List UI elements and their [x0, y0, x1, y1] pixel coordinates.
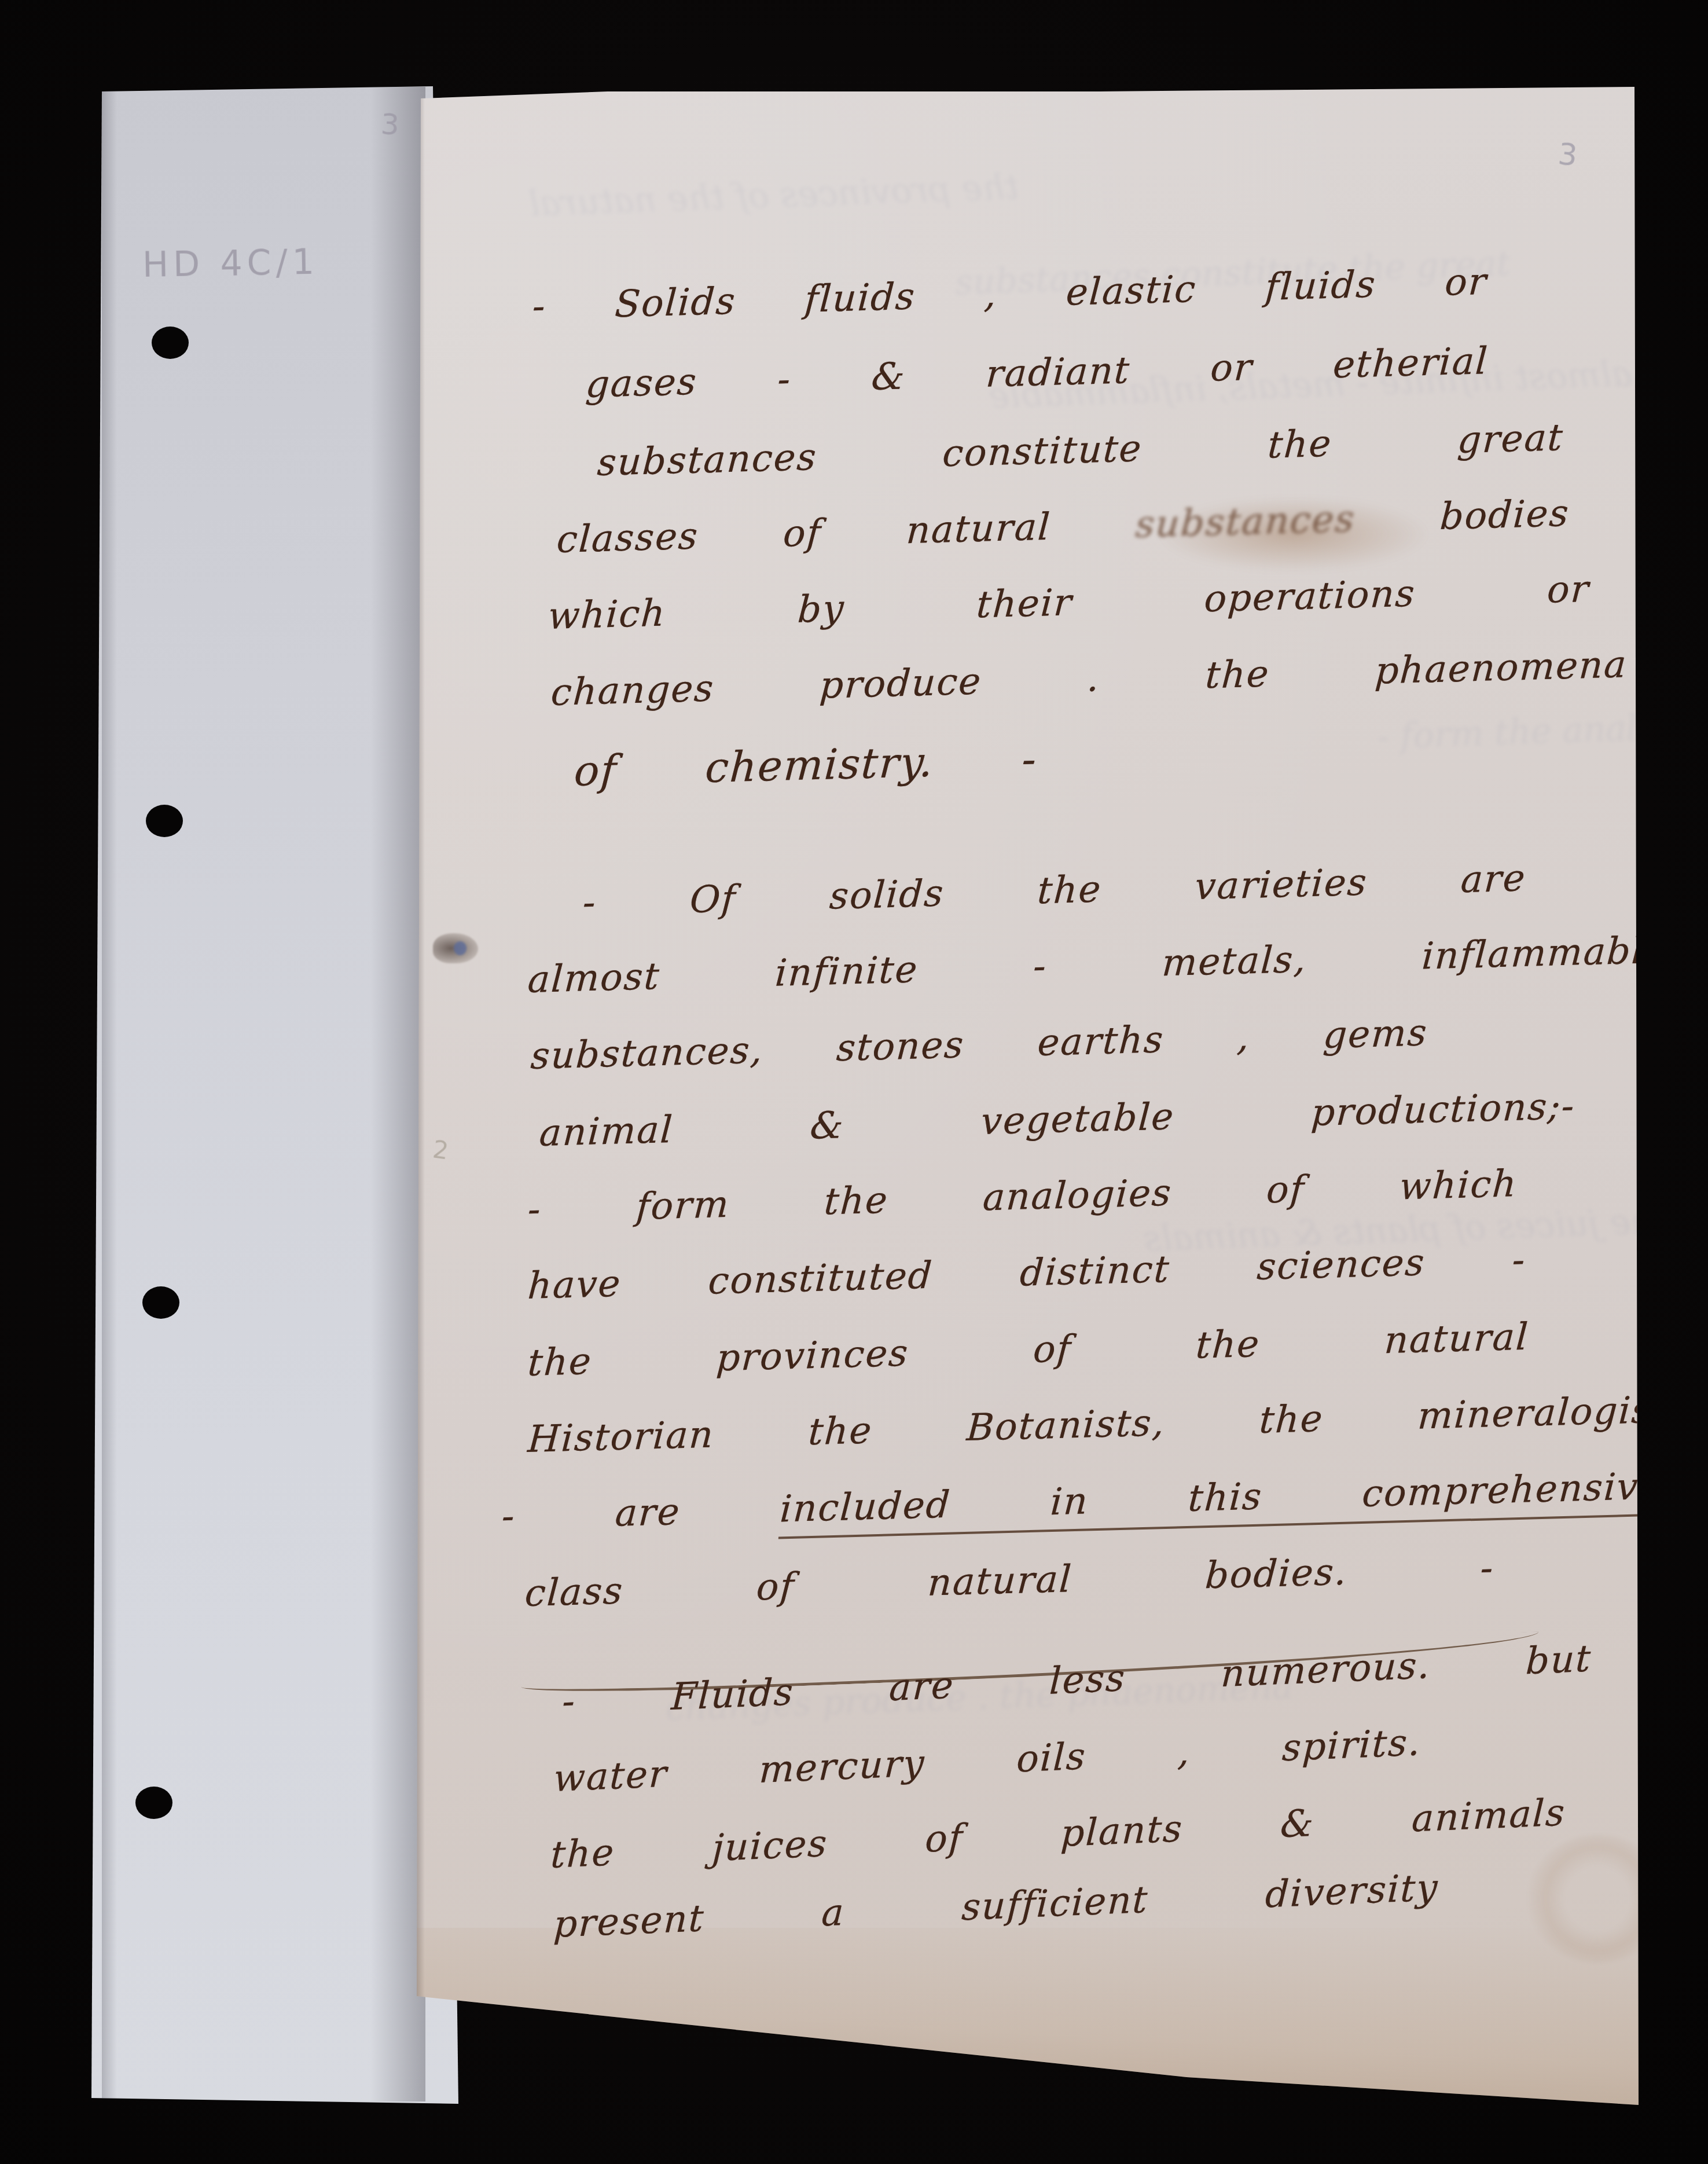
fingerprint-smudge — [1528, 1835, 1667, 1963]
punch-hole — [152, 327, 189, 359]
erased-word: substances — [1134, 496, 1441, 546]
punch-hole — [146, 805, 183, 837]
archive-reference-pencil: HD 4C/1 — [142, 241, 339, 285]
cover-sheet-left-edge-shade — [102, 87, 117, 2101]
manuscript-page-number: 3 — [1556, 137, 1579, 173]
manuscript-line: of chemistry. - — [573, 738, 1038, 794]
punch-hole — [135, 1787, 172, 1819]
margin-ink-blot — [433, 933, 478, 963]
line-text: - are — [501, 1488, 781, 1538]
manuscript-bottom-stain — [416, 1928, 1640, 2113]
line-text: bodies — [1439, 492, 1571, 538]
punch-hole — [142, 1286, 179, 1319]
blue-ink-speck — [454, 941, 467, 955]
cover-sheet-page-number: 3 — [380, 107, 401, 142]
archival-photograph: 3 HD 4C/1 3 the provinces of the natural… — [0, 0, 1708, 2164]
